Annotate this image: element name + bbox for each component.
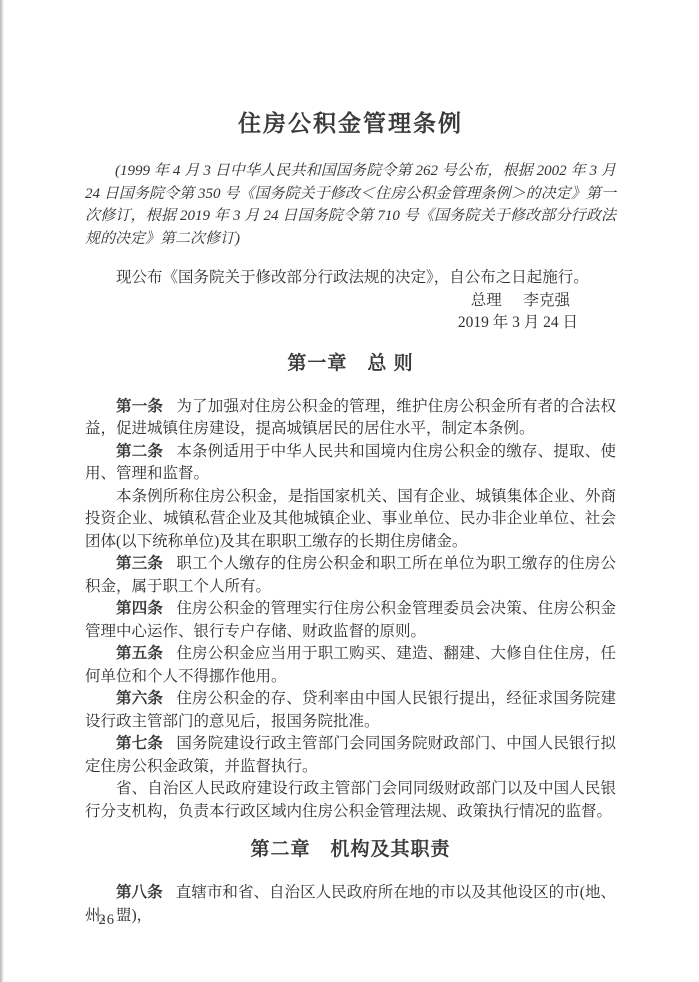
chapter-1-heading: 第一章 总 则 (85, 351, 616, 377)
article-1-label: 第一条 (116, 398, 163, 415)
article-5-text: 住房公积金应当用于职工购买、建造、翻建、大修自住住房，任何单位和个人不得挪作他用… (85, 645, 616, 685)
article-2-label: 第二条 (116, 443, 163, 460)
article-4-text: 住房公积金的管理实行住房公积金管理委员会决策、住房公积金管理中心运作、银行专户存… (85, 600, 616, 640)
scan-edge-shadow (0, 0, 4, 982)
signature-name: 李克强 (523, 292, 570, 309)
article-6-text: 住房公积金的存、贷利率由中国人民银行提出，经征求国务院建设行政主管部门的意见后，… (85, 690, 616, 730)
article-7-paragraph-2-text: 省、自治区人民政府建设行政主管部门会同同级财政部门以及中国人民银行分支机构，负责… (85, 780, 616, 820)
article-6-label: 第六条 (116, 690, 163, 707)
article-7-paragraph-2: 省、自治区人民政府建设行政主管部门会同同级财政部门以及中国人民银行分支机构，负责… (85, 778, 616, 823)
article-8: 第八条直辖市和省、自治区人民政府所在地的市以及其他设区的市(地、州、盟)， (85, 882, 616, 927)
article-2: 第二条本条例适用于中华人民共和国境内住房公积金的缴存、提取、使用、管理和监督。 (85, 441, 616, 486)
document-page: 住房公积金管理条例 (1999 年 4 月 3 日中华人民共和国国务院令第 26… (0, 0, 699, 982)
article-1-text: 为了加强对住房公积金的管理，维护住房公积金所有者的合法权益，促进城镇住房建设，提… (85, 398, 616, 438)
article-2-text: 本条例适用于中华人民共和国境内住房公积金的缴存、提取、使用、管理和监督。 (85, 443, 616, 483)
article-6: 第六条住房公积金的存、贷利率由中国人民银行提出，经征求国务院建设行政主管部门的意… (85, 688, 616, 733)
preamble-paragraph: (1999 年 4 月 3 日中华人民共和国国务院令第 262 号公布，根据 2… (85, 160, 616, 250)
article-3-label: 第三条 (116, 555, 163, 572)
article-4-label: 第四条 (116, 600, 163, 617)
article-7: 第七条国务院建设行政主管部门会同国务院财政部门、中国人民银行拟定住房公积金政策，… (85, 733, 616, 778)
article-7-text: 国务院建设行政主管部门会同国务院财政部门、中国人民银行拟定住房公积金政策，并监督… (85, 735, 616, 775)
article-8-label: 第八条 (116, 884, 163, 901)
article-3-text: 职工个人缴存的住房公积金和职工所在单位为职工缴存的住房公积金，属于职工个人所有。 (85, 555, 616, 595)
article-7-label: 第七条 (116, 735, 163, 752)
article-1: 第一条为了加强对住房公积金的管理，维护住房公积金所有者的合法权益，促进城镇住房建… (85, 396, 616, 441)
announcement-paragraph: 现公布《国务院关于修改部分行政法规的决定》，自公布之日起施行。 (85, 267, 616, 290)
signature-line: 总理李克强 (85, 290, 616, 313)
document-content: 住房公积金管理条例 (1999 年 4 月 3 日中华人民共和国国务院令第 26… (85, 0, 616, 927)
article-2-paragraph-2: 本条例所称住房公积金，是指国家机关、国有企业、城镇集体企业、外商投资企业、城镇私… (85, 486, 616, 554)
signature-title: 总理 (471, 292, 502, 309)
article-2-paragraph-2-text: 本条例所称住房公积金，是指国家机关、国有企业、城镇集体企业、外商投资企业、城镇私… (85, 488, 616, 550)
article-8-text: 直辖市和省、自治区人民政府所在地的市以及其他设区的市(地、州、盟)， (85, 884, 616, 924)
page-number: · 26 · (88, 910, 125, 930)
article-5-label: 第五条 (116, 645, 163, 662)
article-3: 第三条职工个人缴存的住房公积金和职工所在单位为职工缴存的住房公积金，属于职工个人… (85, 553, 616, 598)
signature-date: 2019 年 3 月 24 日 (85, 312, 616, 335)
article-4: 第四条住房公积金的管理实行住房公积金管理委员会决策、住房公积金管理中心运作、银行… (85, 598, 616, 643)
chapter-2-heading: 第二章 机构及其职责 (85, 837, 616, 863)
document-title: 住房公积金管理条例 (85, 108, 616, 138)
article-5: 第五条住房公积金应当用于职工购买、建造、翻建、大修自住住房，任何单位和个人不得挪… (85, 643, 616, 688)
